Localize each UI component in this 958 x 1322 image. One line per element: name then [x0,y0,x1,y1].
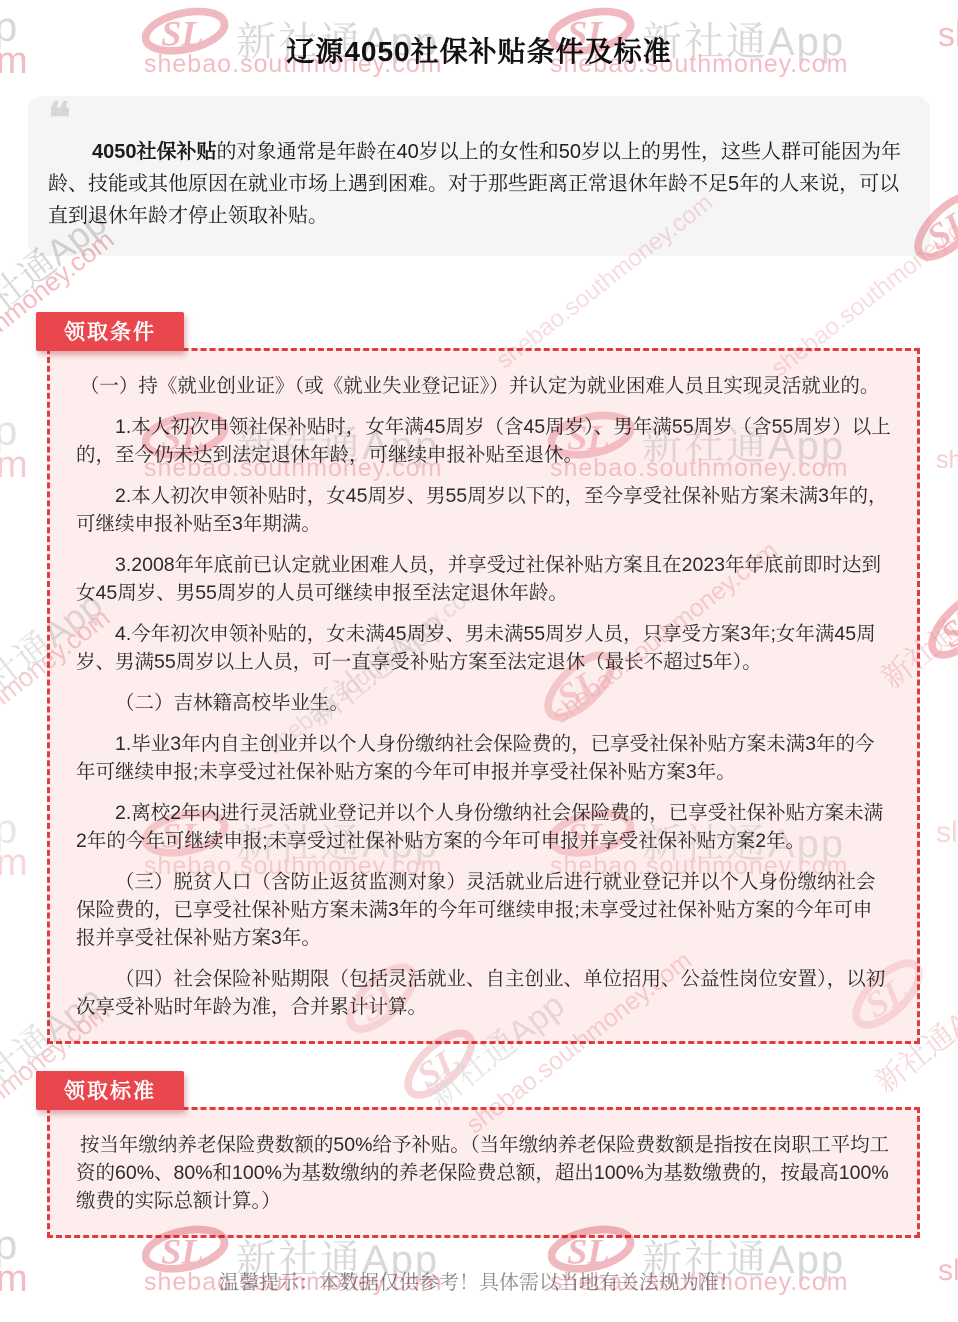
intro-lead-keyword: 4050社保补贴 [92,141,217,163]
condition-paragraph: 2.本人初次申领补贴时，女45周岁、男55周岁以下的，至今享受社保补贴方案未满3… [76,482,891,538]
intro-summary-box: ❝ 4050社保补贴的对象通常是年龄在40岁以上的女性和50岁以上的男性，这些人… [28,96,930,256]
watermark-partial-text: p [0,410,17,452]
shetong-logo-icon [398,1038,486,1094]
condition-paragraph: 1.本人初次申领社保补贴时，女年满45周岁（含45周岁）、男年满55周岁（含55… [76,413,891,469]
watermark-partial-text: sh [936,448,958,473]
condition-paragraph: （三）脱贫人口（含防止返贫监测对象）灵活就业后进行就业登记并以个人身份缴纳社会保… [76,868,891,952]
condition-paragraph: （一）持《就业创业证》（或《就业失业登记证》）并认定为就业困难人员且实现灵活就业… [76,372,891,400]
conditions-box: （一）持《就业创业证》（或《就业失业登记证》）并认定为就业困难人员且实现灵活就业… [47,348,920,1044]
condition-paragraph: （四）社会保险补贴期限（包括灵活就业、自主创业、单位招用、公益性岗位安置），以初… [76,965,891,1021]
article-page: 辽源4050社保补贴条件及标准 ❝ 4050社保补贴的对象通常是年龄在40岁以上… [0,0,958,1322]
section-label-conditions: 领取条件 [36,312,184,351]
section-label-standard: 领取标准 [36,1071,184,1110]
condition-paragraph: 3.2008年年底前已认定就业困难人员，并享受过社保补贴方案且在2023年年底前… [76,551,891,607]
page-title: 辽源4050社保补贴条件及标准 [0,0,958,70]
watermark-partial-text: sl [936,818,958,848]
quote-icon: ❝ [48,104,902,132]
watermark-partial-text: m [0,446,28,484]
notice-text: 温馨提示：本数据仅供参考！具体需以当地有关法规为准！ [0,1266,958,1295]
watermark-partial-text: m [0,844,28,882]
watermark-partial-text: p [0,1224,17,1266]
condition-paragraph: 4.今年初次申领补贴的，女未满45周岁、男未满55周岁人员，只享受方案3年;女年… [76,620,891,676]
shetong-logo-icon [922,598,958,654]
condition-paragraph: （二）吉林籍高校毕业生。 [76,689,891,717]
standard-box: 按当年缴纳养老保险费数额的50%给予补贴。（当年缴纳养老保险费数额是指按在岗职工… [47,1107,920,1238]
condition-paragraph: 1.毕业3年内自主创业并以个人身份缴纳社会保险费的，已享受社保补贴方案未满3年的… [76,730,891,786]
intro-text: 4050社保补贴的对象通常是年龄在40岁以上的女性和50岁以上的男性，这些人群可… [48,136,902,232]
watermark-partial-text: p [0,808,17,850]
standard-paragraph: 按当年缴纳养老保险费数额的50%给予补贴。（当年缴纳养老保险费数额是指按在岗职工… [76,1131,891,1215]
condition-paragraph: 2.离校2年内进行灵活就业登记并以个人身份缴纳社会保险费的，已享受社保补贴方案未… [76,799,891,855]
